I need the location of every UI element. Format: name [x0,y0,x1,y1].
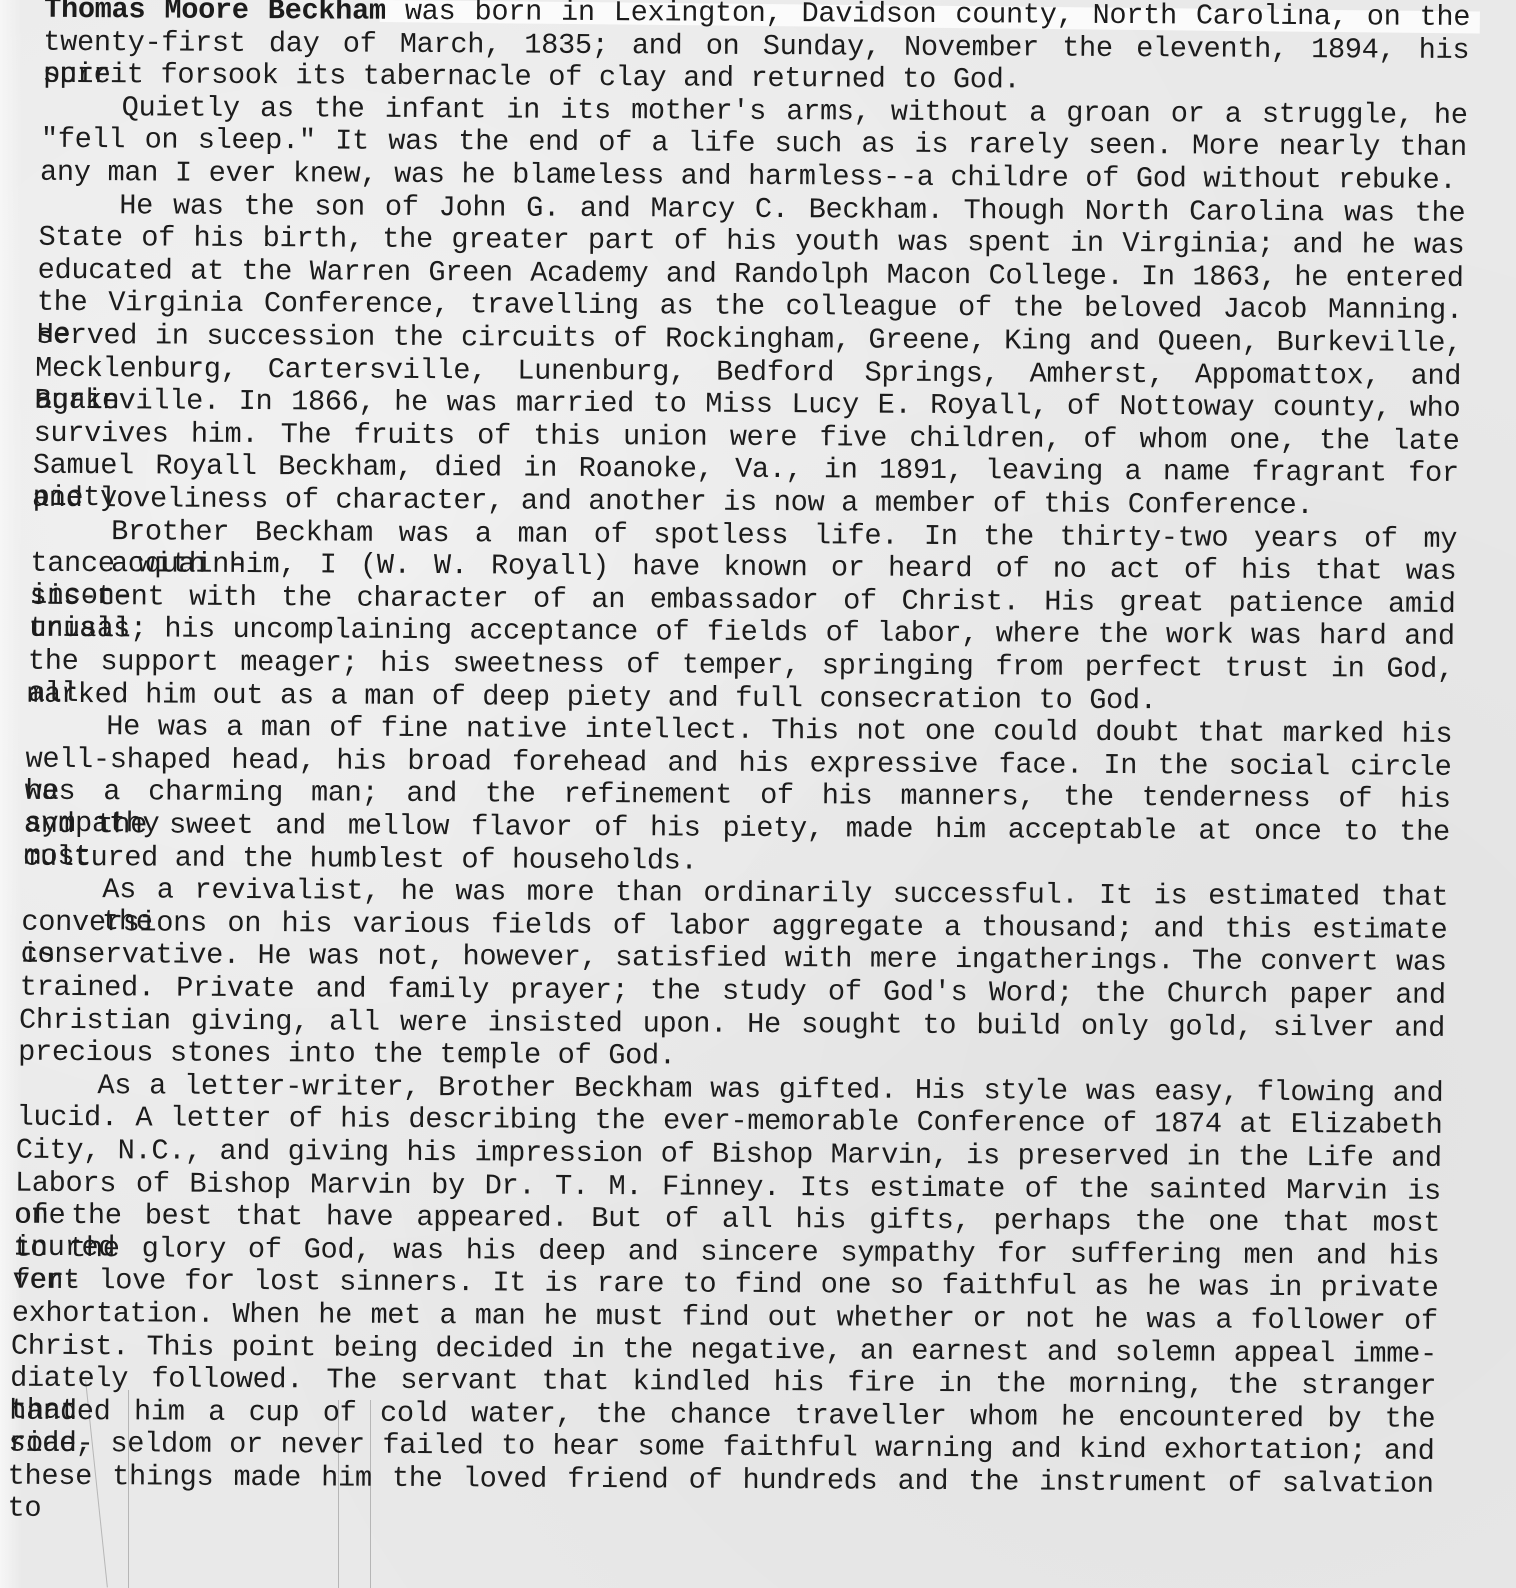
scanned-page: Thomas Moore Beckham was born in Lexingt… [0,0,1516,1588]
line-text: precious stones into the temple of God. [18,1036,676,1073]
line-text: cultured and the humblest of households. [23,840,698,877]
subject-name: Thomas Moore Beckham [44,0,386,28]
line-text: these things made him the loved friend o… [7,1460,1433,1525]
text-line: these things made him the loved friend o… [7,1461,1433,1533]
